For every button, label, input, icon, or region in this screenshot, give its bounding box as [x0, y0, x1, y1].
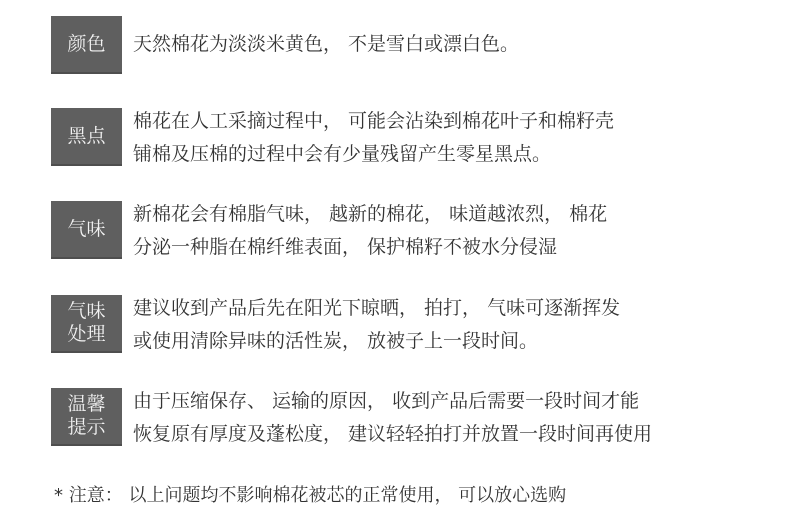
desc-black-spots: 棉花在人工采摘过程中， 可能会沾染到棉花叶子和棉籽壳 铺棉及压棉的过程中会有少量… [133, 105, 773, 171]
desc-color: 天然棉花为淡淡米黄色， 不是雪白或漂白色。 [133, 28, 773, 61]
desc-line: 新棉花会有棉脂气味， 越新的棉花， 味道越浓烈， 棉花 [133, 198, 773, 231]
label-text: 气味 [67, 218, 105, 241]
desc-line: 建议收到产品后先在阳光下晾晒， 拍打， 气味可逐渐挥发 [133, 292, 773, 325]
desc-line: 铺棉及压棉的过程中会有少量残留产生零星黑点。 [133, 138, 773, 171]
label-text: 颜色 [67, 33, 105, 56]
desc-line: 或使用清除异味的活性炭， 放被子上一段时间。 [133, 325, 773, 358]
desc-tips: 由于压缩保存、 运输的原因， 收到产品后需要一段时间才能 恢复原有厚度及蓬松度，… [133, 385, 773, 451]
desc-line: 天然棉花为淡淡米黄色， 不是雪白或漂白色。 [133, 28, 773, 61]
label-color: 颜色 [51, 16, 122, 74]
label-odor: 气味 [51, 201, 122, 259]
desc-line: 由于压缩保存、 运输的原因， 收到产品后需要一段时间才能 [133, 385, 773, 418]
label-text: 处理 [67, 323, 105, 346]
label-tips: 温馨 提示 [51, 388, 122, 446]
label-text: 气味 [67, 300, 105, 323]
label-text: 温馨 [67, 393, 105, 416]
desc-odor-treatment: 建议收到产品后先在阳光下晾晒， 拍打， 气味可逐渐挥发 或使用清除异味的活性炭，… [133, 292, 773, 358]
desc-line: 分泌一种脂在棉纤维表面， 保护棉籽不被水分侵湿 [133, 231, 773, 264]
label-text: 提示 [67, 416, 105, 439]
desc-line: 恢复原有厚度及蓬松度， 建议轻轻拍打并放置一段时间再使用 [133, 418, 773, 451]
label-black-spots: 黑点 [51, 108, 122, 166]
footer-note: * 注意： 以上问题均不影响棉花被芯的正常使用， 可以放心选购 [54, 484, 566, 508]
label-text: 黑点 [67, 125, 105, 148]
label-odor-treatment: 气味 处理 [51, 295, 122, 353]
desc-line: 棉花在人工采摘过程中， 可能会沾染到棉花叶子和棉籽壳 [133, 105, 773, 138]
desc-odor: 新棉花会有棉脂气味， 越新的棉花， 味道越浓烈， 棉花 分泌一种脂在棉纤维表面，… [133, 198, 773, 264]
